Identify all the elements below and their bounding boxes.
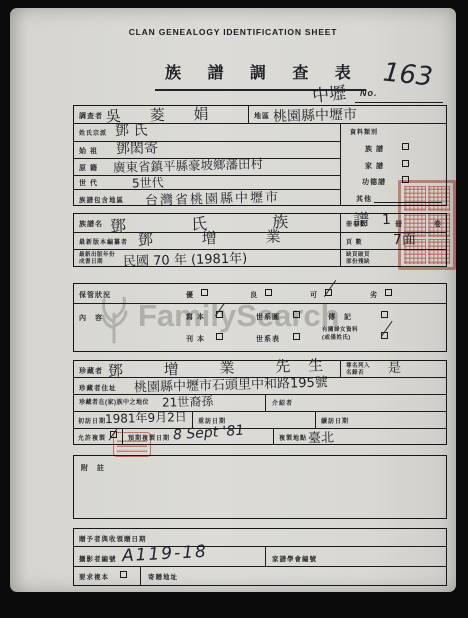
t3-line — [73, 303, 447, 304]
t4-divider — [265, 394, 266, 411]
content-opt-6: 有關婦女資料 — [322, 327, 358, 334]
content-label: 內 容 — [79, 313, 103, 323]
document-page: FamilySearch CLAN GENEALOGY IDENTIFICATI… — [10, 8, 456, 592]
listed-label-line2: 名錄否 — [346, 370, 364, 377]
condition-checkbox-1 — [201, 289, 208, 296]
holder-label: 珍藏者 — [79, 366, 103, 376]
t4-divider — [315, 411, 316, 428]
surveyor-label: 調查者 — [79, 111, 103, 121]
t4-line — [73, 394, 447, 395]
content-opt-6-sub: (或僅姓氏) — [322, 335, 351, 342]
location-handwritten: 中壢 — [311, 78, 348, 107]
ancestor-value: 鄧閎寄 — [116, 137, 159, 158]
content-checkbox-4 — [293, 333, 300, 340]
category-item-3: 功德譜 — [362, 177, 386, 187]
genealogy-title-label: 族譜名 — [79, 219, 103, 229]
missing-label-line2: 部份殘缺 — [346, 259, 370, 266]
origin-label: 原 籍 — [79, 163, 98, 173]
coverage-label: 族譜包含地區 — [79, 195, 124, 204]
introducer-label: 介紹者 — [272, 398, 293, 407]
copy-request-checkbox — [120, 571, 127, 578]
address-label: 珍藏者住址 — [79, 383, 117, 392]
other-label: 其他 — [356, 194, 372, 204]
condition-opt-2: 良 — [250, 290, 258, 300]
donor-label: 贈予者與收領贈日期 — [79, 534, 147, 543]
condition-opt-4: 劣 — [370, 290, 378, 300]
category-checkbox-2 — [402, 160, 409, 167]
volumes-value: 1 — [382, 212, 391, 228]
coverage-value: 台灣省桃園縣中壢市 — [145, 186, 280, 209]
clan-label: 姓氏宗派 — [79, 128, 107, 137]
pub-label-line1: 最新出版年份 — [79, 252, 115, 259]
condition-opt-3: 可 — [310, 290, 318, 300]
permit-label: 允許複製 — [78, 433, 106, 442]
content-checkbox-3 — [293, 311, 300, 318]
content-opt-3: 世系圖 — [256, 312, 280, 322]
society-label: 家譜學會編號 — [272, 554, 317, 563]
pub-value: 民國 70 年 (1981年) — [123, 247, 248, 269]
content-opt-5: 傳 記 — [328, 312, 352, 322]
t1-divider — [248, 105, 249, 123]
copy-place-label: 複製地點 — [279, 433, 307, 442]
listed-value: 是 — [388, 357, 402, 376]
listed-label-line1: 尊名列入 — [346, 363, 370, 370]
content-checkbox-2 — [216, 333, 223, 340]
condition-label: 保管狀況 — [79, 290, 111, 300]
t4-divider — [273, 428, 274, 445]
content-opt-2: 刊 本 — [186, 334, 205, 344]
category-header: 資料類別 — [350, 127, 378, 136]
volumes-label: 冊卷數 — [346, 219, 367, 228]
pub-label-line2: 成書日期 — [79, 259, 103, 266]
area-value: 桃園縣中壢市 — [273, 104, 357, 126]
english-title: CLAN GENEALOGY IDENTIFICATION SHEET — [10, 27, 456, 37]
compiler-label: 最新版本編纂者 — [79, 237, 128, 246]
red-library-stamp — [113, 432, 151, 457]
t6-divider — [265, 546, 266, 566]
no-underline — [355, 102, 443, 103]
position-label: 珍藏者在(家)族中之地位 — [79, 400, 149, 407]
t6-line — [73, 566, 447, 567]
followup-label: 續訪日期 — [321, 416, 349, 425]
pages-label: 頁 數 — [346, 237, 363, 246]
photographer-label: 攝影者編號 — [79, 554, 117, 563]
notes-label: 附 註 — [81, 463, 105, 473]
scan-frame: FamilySearch CLAN GENEALOGY IDENTIFICATI… — [0, 0, 468, 618]
t1-line — [73, 141, 340, 142]
missing-label-line1: 缺頁破頁 — [346, 252, 370, 259]
copy-place-value: 臺北 — [308, 427, 335, 447]
copy-request-label: 要求複本 — [79, 572, 109, 581]
category-item-1: 族 譜 — [365, 144, 384, 154]
first-visit-label: 初訪日期 — [78, 416, 106, 425]
condition-opt-1: 優 — [186, 290, 194, 300]
condition-checkbox-4 — [385, 289, 392, 296]
ancestor-label: 始 祖 — [79, 146, 98, 156]
category-checkbox-1 — [402, 143, 409, 150]
content-checkbox-5 — [381, 311, 388, 318]
category-item-2: 家 譜 — [365, 161, 384, 171]
t1-divider — [340, 123, 341, 206]
content-opt-1: 寫 本 — [186, 312, 205, 322]
condition-checkbox-2 — [265, 289, 272, 296]
no-label: No. — [360, 88, 378, 98]
compiler-value: 鄧 增 業 — [138, 225, 303, 250]
generations-label: 世 代 — [79, 178, 98, 188]
area-label: 地區 — [254, 111, 270, 121]
t6-divider — [140, 566, 141, 586]
mail-label: 寄贈地址 — [148, 572, 178, 581]
red-seal-stamp — [398, 180, 456, 270]
t4-line — [73, 428, 447, 429]
no-value: 163 — [382, 57, 435, 92]
first-visit-value: 1981年9月2日 — [105, 408, 187, 427]
notes-box — [73, 455, 447, 519]
content-opt-4: 世系表 — [256, 334, 280, 344]
